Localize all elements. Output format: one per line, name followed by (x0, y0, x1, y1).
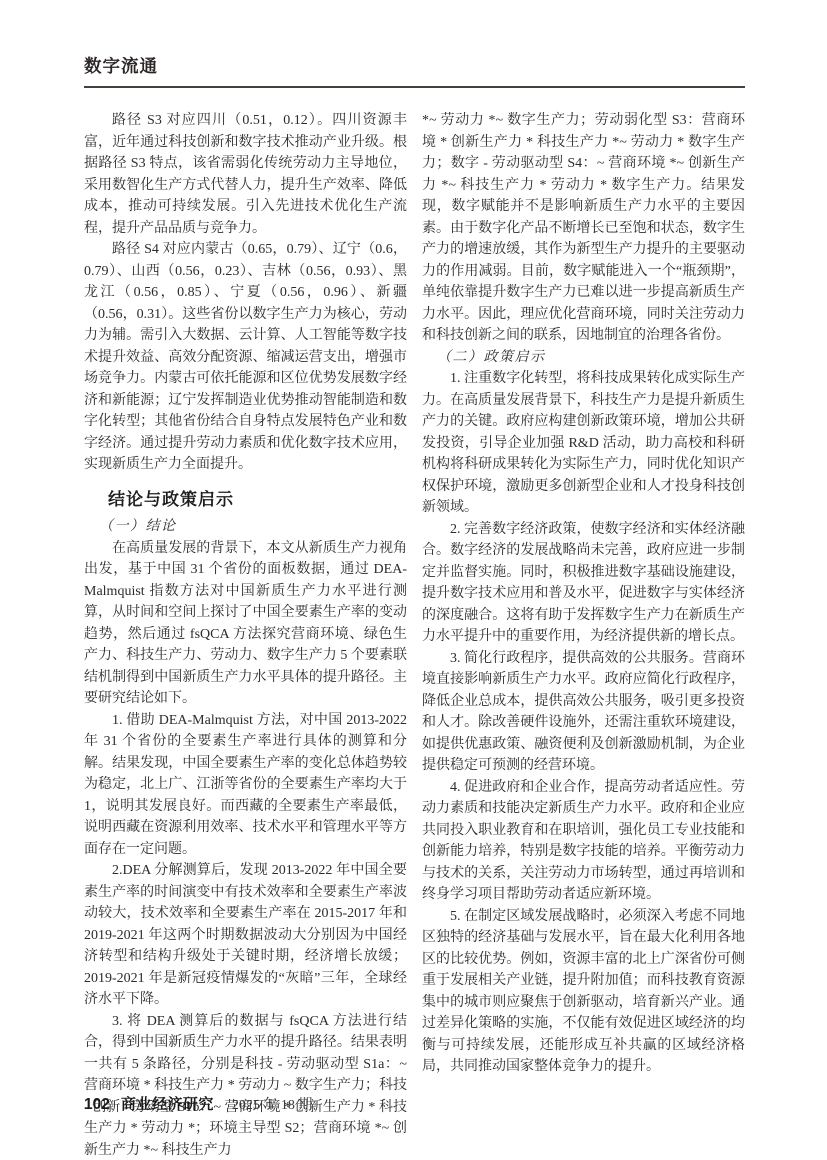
section-label: 数字流通 (84, 56, 745, 77)
journal-name: 商业经济研究 (121, 1093, 214, 1114)
paragraph-conclusion-1: 1. 借助 DEA-Malmquist 方法，对中国 2013-2022 年 3… (84, 710, 407, 861)
paragraph-policy-5: 5. 在制定区域发展战略时，必须深入考虑不同地区独特的经济基础与发展水平，旨在最… (422, 906, 745, 1078)
paragraph-policy-1: 1. 注重数字化转型，将科技成果转化成实际生产力。在高质量发展背景下，科技生产力… (422, 368, 745, 519)
paragraph-conclusion-2: 2.DEA 分解测算后，发现 2013-2022 年中国全要素生产率的时间演变中… (84, 860, 407, 1011)
paragraph-policy-2: 2. 完善数字经济政策，使数字经济和实体经济融合。数字经济的发展战略尚未完善，政… (422, 519, 745, 648)
page-header: 数字流通 (84, 56, 745, 88)
right-column: *~ 劳动力 *~ 数字生产力；劳动弱化型 S3：营商环境 * 创新生产力 * … (422, 110, 745, 1160)
journal-page: 数字流通 路径 S3 对应四川（0.51，0.12）。四川资源丰富，近年通过科技… (0, 0, 827, 1160)
page-footer: 102 商业经济研究 2025 年 18 期 (84, 1093, 312, 1114)
paragraph-path-s4: 路径 S4 对应内蒙古（0.65，0.79）、辽宁（0.6，0.79）、山西（0… (84, 239, 407, 476)
page-number: 102 (84, 1096, 110, 1114)
subsection-heading-conclusion: （一）结论 (84, 516, 407, 538)
paragraph-policy-3: 3. 简化行政程序，提供高效的公共服务。营商环境直接影响新质生产力水平。政府应简… (422, 648, 745, 777)
paragraph-path-s3: 路径 S3 对应四川（0.51，0.12）。四川资源丰富，近年通过科技创新和数字… (84, 110, 407, 239)
paragraph-policy-4: 4. 促进政府和企业合作，提高劳动者适应性。劳动力素质和技能决定新质生产力水平。… (422, 777, 745, 906)
paragraph-conclusion-3-part2: *~ 劳动力 *~ 数字生产力；劳动弱化型 S3：营商环境 * 创新生产力 * … (422, 110, 745, 347)
section-heading-conclusion-policy: 结论与政策启示 (84, 489, 407, 512)
article-body: 路径 S3 对应四川（0.51，0.12）。四川资源丰富，近年通过科技创新和数字… (84, 110, 745, 1160)
issue-info: 2025 年 18 期 (232, 1094, 313, 1114)
paragraph-conclusion-3-part1: 3. 将 DEA 测算后的数据与 fsQCA 方法进行结合，得到中国新质生产力水… (84, 1011, 407, 1160)
subsection-heading-policy: （二）政策启示 (422, 347, 745, 369)
paragraph-conclusion-overview: 在高质量发展的背景下，本文从新质生产力视角出发，基于中国 31 个省份的面板数据… (84, 538, 407, 710)
left-column: 路径 S3 对应四川（0.51，0.12）。四川资源丰富，近年通过科技创新和数字… (84, 110, 407, 1160)
header-divider (84, 86, 745, 88)
